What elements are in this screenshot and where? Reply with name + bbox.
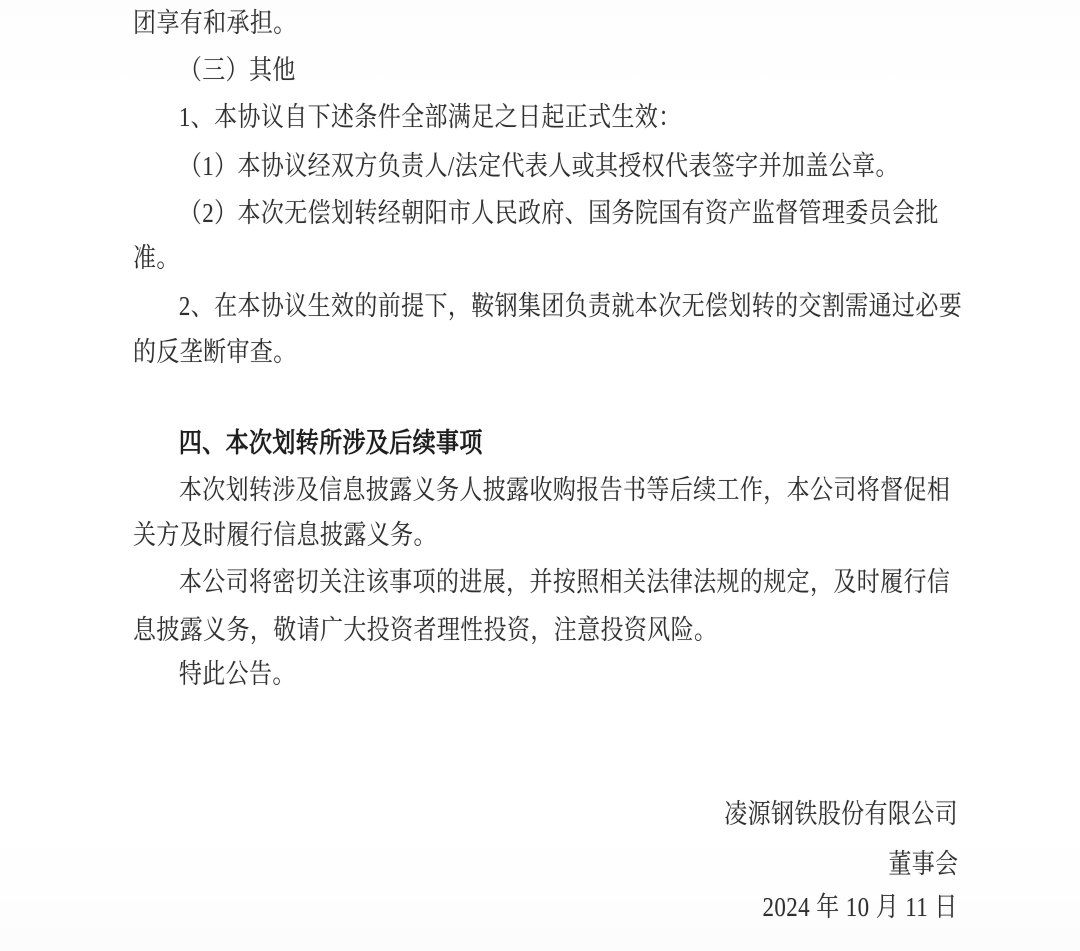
condition-1-signatures: （1）本协议经双方负责人/法定代表人或其授权代表签字并加盖公章。 [133, 151, 899, 181]
clause-1-effectiveness: 1、本协议自下述条件全部满足之日起正式生效： [133, 102, 682, 132]
signature-date: 2024 年 10 月 11 日 [763, 892, 958, 922]
section-4-heading: 四、本次划转所涉及后续事项 [133, 428, 483, 458]
paragraph-continuation-line: 团享有和承担。 [133, 8, 297, 38]
followup-paragraph-line2: 关方及时履行信息披露义务。 [133, 520, 437, 550]
signature-board: 董事会 [888, 849, 958, 879]
subsection-heading-other: （三）其他 [133, 55, 296, 85]
condition-2-approval-line1: （2）本次无偿划转经朝阳市人民政府、国务院国有资产监督管理委员会批 [133, 198, 939, 228]
announcement-page: 团享有和承担。 （三）其他 1、本协议自下述条件全部满足之日起正式生效： （1）… [0, 0, 1080, 951]
disclosure-paragraph-line1: 本公司将密切关注该事项的进展，并按照相关法律法规的规定，及时履行信 [133, 567, 950, 597]
condition-2-approval-line2: 准。 [133, 243, 180, 273]
clause-2-antitrust-line2: 的反垄断审查。 [133, 337, 297, 367]
followup-paragraph-line1: 本次划转涉及信息披露义务人披露收购报告书等后续工作，本公司将督促相 [133, 475, 950, 505]
closing-announcement: 特此公告。 [133, 659, 296, 689]
signature-company-name: 凌源钢铁股份有限公司 [724, 799, 958, 829]
disclosure-paragraph-line2: 息披露义务，敬请广大投资者理性投资，注意投资风险。 [133, 615, 717, 645]
clause-2-antitrust-line1: 2、在本协议生效的前提下，鞍钢集团负责就本次无偿划转的交割需通过必要 [133, 291, 962, 321]
